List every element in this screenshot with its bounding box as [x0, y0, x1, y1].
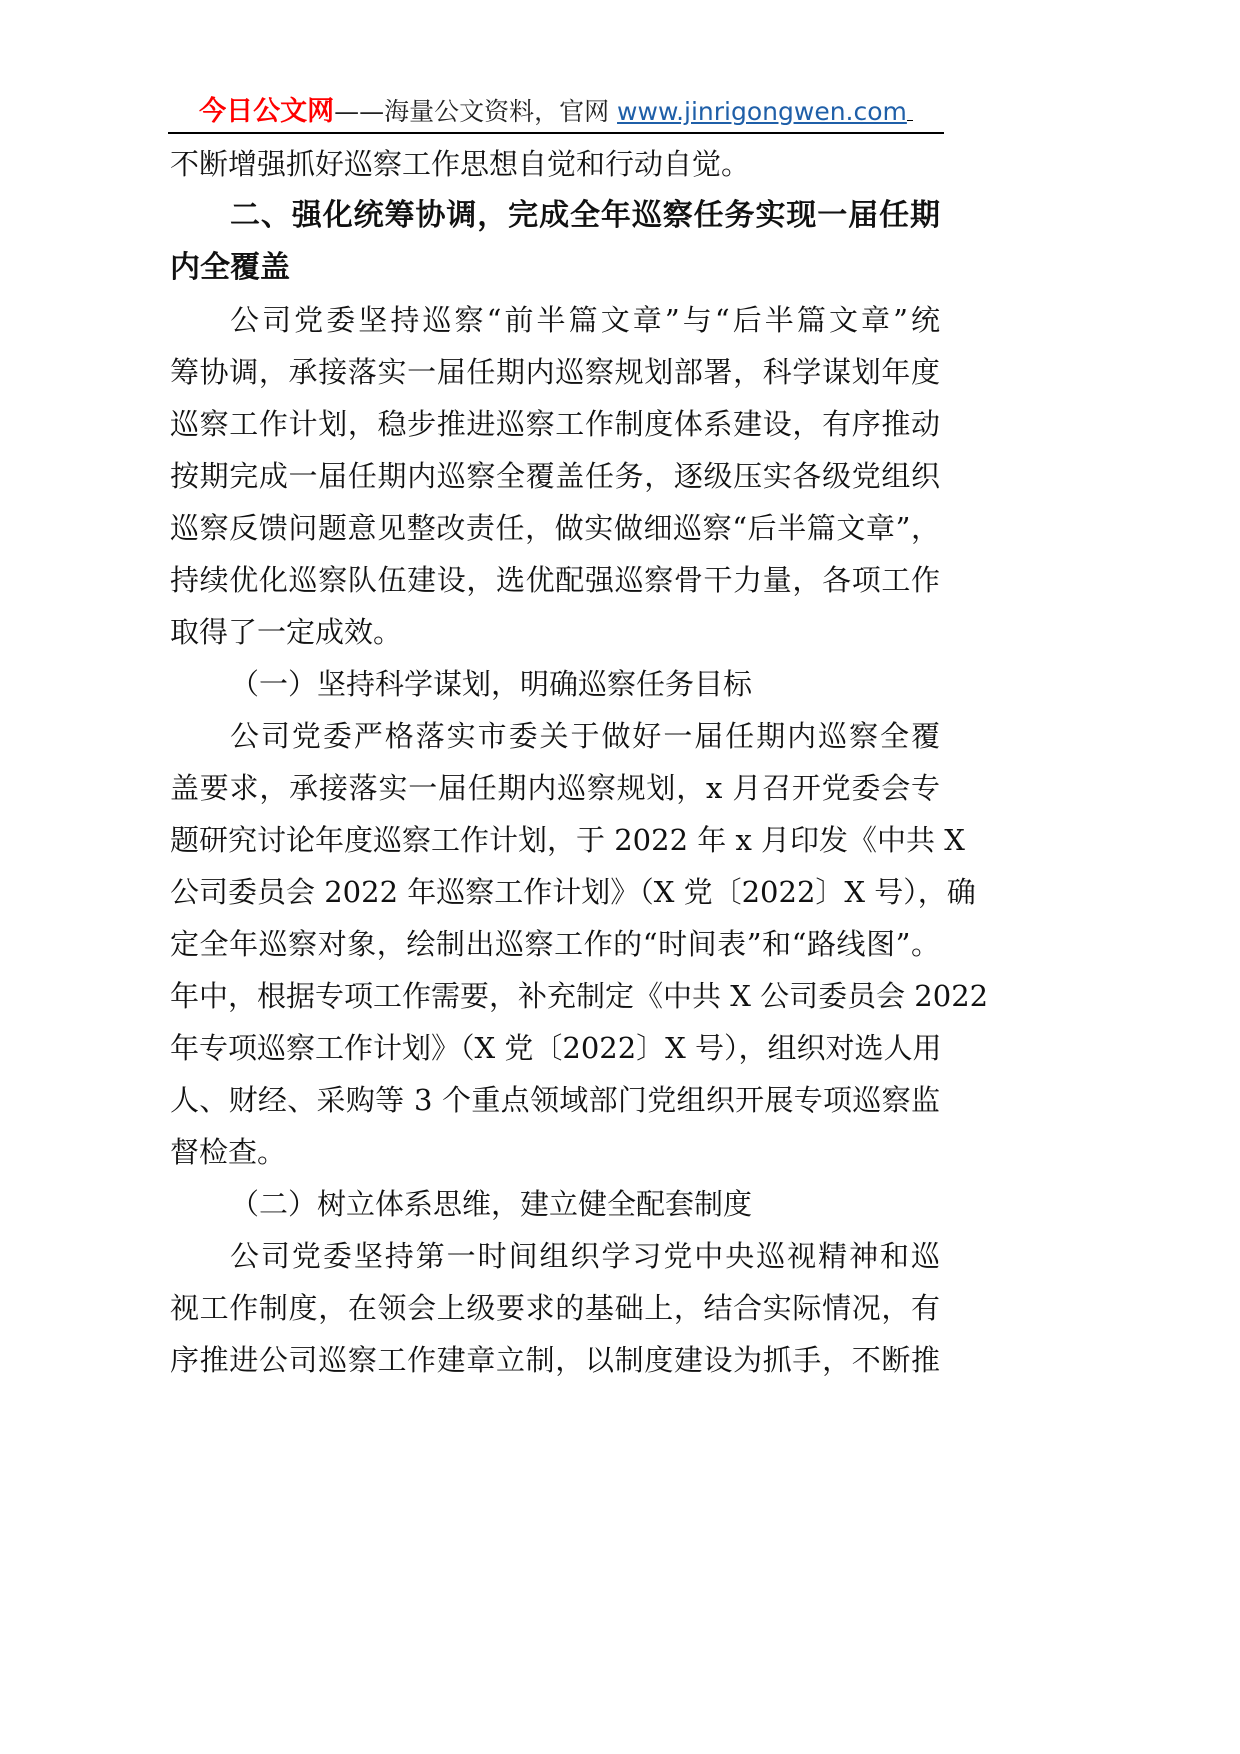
- paragraph-line: 按期完成一届任期内巡察全覆盖任务，逐级压实各级党组织: [170, 450, 940, 502]
- paragraph-line: 巡察工作计划，稳步推进巡察工作制度体系建设，有序推动: [170, 398, 940, 450]
- paragraph-line: 公司党委坚持巡察“前半篇文章”与“后半篇文章”统: [170, 294, 940, 346]
- document-page: 今日公文网——海量公文资料，官网 www.jinrigongwen.com 不断…: [0, 0, 1240, 1754]
- paragraph-line: 定全年巡察对象，绘制出巡察工作的“时间表”和“路线图”。: [170, 918, 940, 970]
- paragraph-line: 巡察反馈问题意见整改责任，做实做细巡察“后半篇文章”，: [170, 502, 940, 554]
- paragraph-line: 公司委员会 2022 年巡察工作计划》（X 党〔2022〕X 号），确: [170, 866, 940, 918]
- subsection-heading: （二）树立体系思维，建立健全配套制度: [170, 1178, 940, 1230]
- paragraph-line: 序推进公司巡察工作建章立制，以制度建设为抓手，不断推: [170, 1334, 940, 1386]
- paragraph-line: 公司党委严格落实市委关于做好一届任期内巡察全覆: [170, 710, 940, 762]
- paragraph-line: 视工作制度，在领会上级要求的基础上，结合实际情况，有: [170, 1282, 940, 1334]
- header-rule: [168, 132, 944, 134]
- section-heading-cont: 内全覆盖: [170, 242, 940, 294]
- paragraph-line: 公司党委坚持第一时间组织学习党中央巡视精神和巡: [170, 1230, 940, 1282]
- underline-tail: [907, 92, 913, 121]
- paragraph-line: 督检查。: [170, 1126, 940, 1178]
- paragraph-line: 年专项巡察工作计划》（X 党〔2022〕X 号），组织对选人用: [170, 1022, 940, 1074]
- section-heading: 二、强化统筹协调，完成全年巡察任务实现一届任期: [170, 190, 940, 242]
- paragraph-line: 筹协调，承接落实一届任期内巡察规划部署，科学谋划年度: [170, 346, 940, 398]
- paragraph-line: 盖要求，承接落实一届任期内巡察规划，x 月召开党委会专: [170, 762, 940, 814]
- page-header: 今日公文网——海量公文资料，官网 www.jinrigongwen.com: [168, 92, 944, 132]
- site-url-link[interactable]: www.jinrigongwen.com: [617, 97, 907, 126]
- paragraph-line: 题研究讨论年度巡察工作计划，于 2022 年 x 月印发《中共 X: [170, 814, 940, 866]
- paragraph-line: 不断增强抓好巡察工作思想自觉和行动自觉。: [170, 138, 940, 190]
- paragraph-line: 年中，根据专项工作需要，补充制定《中共 X 公司委员会 2022: [170, 970, 940, 1022]
- subsection-heading: （一）坚持科学谋划，明确巡察任务目标: [170, 658, 940, 710]
- site-tagline: ——海量公文资料，官网: [334, 97, 617, 126]
- paragraph-line: 人、财经、采购等 3 个重点领域部门党组织开展专项巡察监: [170, 1074, 940, 1126]
- paragraph-line: 取得了一定成效。: [170, 606, 940, 658]
- site-brand: 今日公文网: [199, 96, 334, 127]
- paragraph-line: 持续优化巡察队伍建设，选优配强巡察骨干力量，各项工作: [170, 554, 940, 606]
